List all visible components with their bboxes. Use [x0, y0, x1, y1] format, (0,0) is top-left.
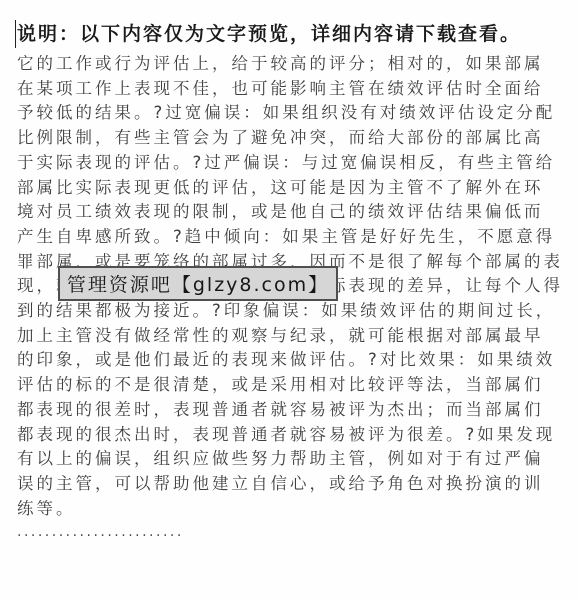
preview-notice: 说明：以下内容仅为文字预览，详细内容请下载查看。 [17, 19, 562, 46]
watermark-label: 管理资源吧【glzy8.com】 [67, 270, 329, 297]
text-caret [15, 20, 16, 48]
dots-separator: ........................ [17, 524, 184, 540]
watermark-badge: 管理资源吧【glzy8.com】 [58, 266, 338, 301]
preview-page: 说明：以下内容仅为文字预览，详细内容请下载查看。 它的工作或行为评估上，给于较高… [0, 0, 578, 600]
